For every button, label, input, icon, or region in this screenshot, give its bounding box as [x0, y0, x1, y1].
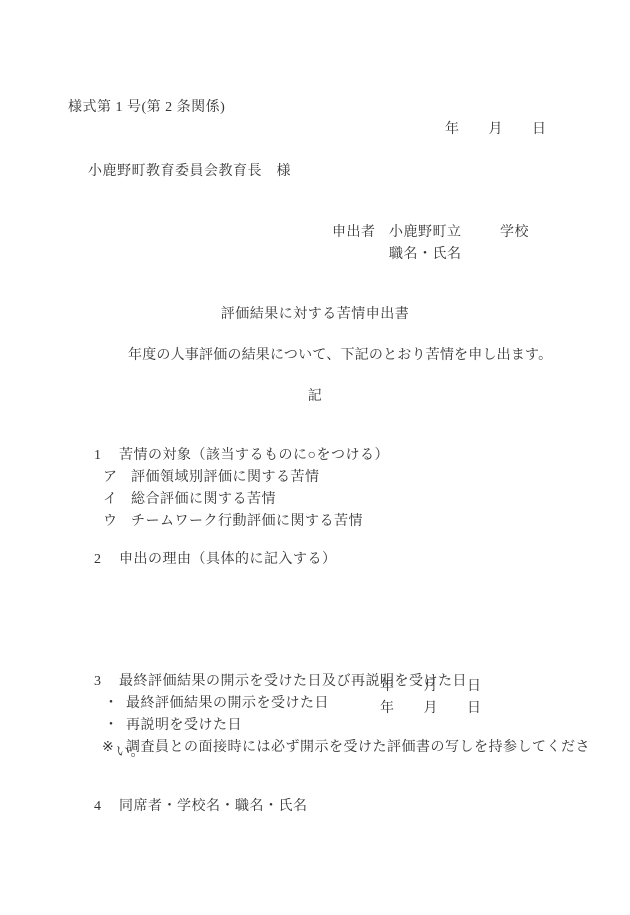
note-text-continuation: い。 [116, 744, 145, 761]
date-blank-field: 年 月 日 [380, 678, 482, 695]
header-date-blank: 年 月 日 [445, 121, 547, 138]
addressee-line: 小鹿野町教育委員会教育長 様 [88, 163, 291, 180]
applicant-school-prefix: 小鹿野町立 [389, 224, 462, 241]
section-2-number: 2 [94, 551, 119, 568]
applicant-label: 申出者 [332, 224, 376, 241]
item-u-text: チームワーク行動評価に関する苦情 [131, 514, 363, 529]
document-page: 様式第 1 号(第 2 条関係) 年 月 日 小鹿野町教育委員会教育長 様 申出… [0, 0, 630, 915]
applicant-name-label: 職名・氏名 [389, 246, 462, 263]
date-blank-field: 年 月 日 [380, 700, 482, 717]
note-text: 調査員との面接時には必ず開示を受けた評価書の写しを持参してくださ [126, 740, 590, 755]
record-mark: 記 [0, 388, 630, 405]
applicant-school-suffix: 学校 [500, 224, 529, 241]
intro-paragraph: 年度の人事評価の結果について、下記のとおり苦情を申し出ます。 [128, 347, 552, 364]
note-line: ※調査員との面接時には必ず開示を受けた評価書の写しを持参してくださ [86, 722, 590, 773]
section-4-heading: 同席者・学校名・職名・氏名 [119, 799, 308, 814]
section-4-heading-line: 4同席者・学校名・職名・氏名 [78, 781, 308, 832]
item-u-marker: ウ [103, 513, 131, 530]
section-4-number: 4 [94, 798, 119, 815]
form-number-label: 様式第 1 号(第 2 条関係) [68, 99, 225, 116]
document-title: 評価結果に対する苦情申出書 [0, 306, 630, 323]
section-2-heading-line: 2申出の理由（具体的に記入する） [78, 534, 337, 585]
section-2-heading: 申出の理由（具体的に記入する） [119, 552, 337, 567]
